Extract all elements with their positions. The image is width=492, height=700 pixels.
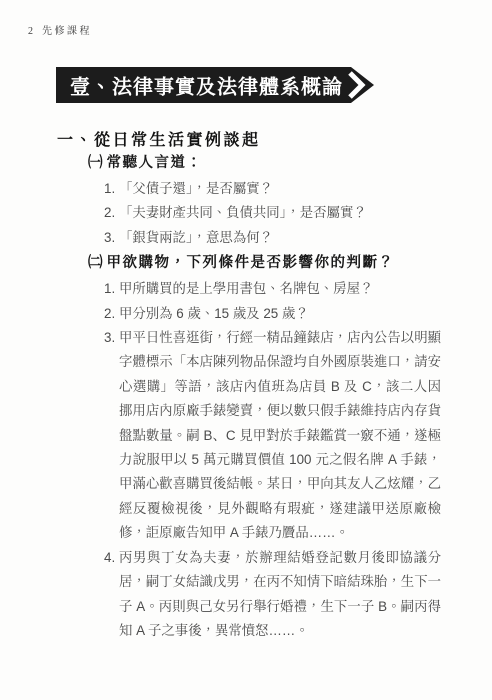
list-item: 1. 甲所購買的是上學用書包、名牌包、房屋？ <box>104 277 454 301</box>
list-item: 2. 甲分別為 6 歲、15 歲及 25 歲？ <box>104 302 454 326</box>
chapter-banner: 壹、法律事實及法律體系概論 <box>56 67 374 103</box>
item-number: 2. <box>104 201 119 225</box>
page-number: 2 <box>28 26 33 37</box>
running-header: 2 先修課程 <box>28 22 92 37</box>
section-body: ㈠ 常聽人言道： 1. 「父債子還」，是否屬實？ 2. 「夫妻財產共同、負債共同… <box>88 153 454 646</box>
item-text: 甲所購買的是上學用書包、名牌包、房屋？ <box>119 277 441 301</box>
subsection-title-text: 常聽人言道： <box>107 153 203 173</box>
item-text: 「夫妻財產共同、負債共同」，是否屬實？ <box>119 201 441 225</box>
item-text: 丙男與丁女為夫妻，於辦理結婚登記數月後即協議分居，嗣丁女結識戊男，在丙不知情下暗… <box>119 546 441 644</box>
item-number: 2. <box>104 302 119 326</box>
subsection-title: ㈡ 甲欲購物，下列條件是否影響你的判斷？ <box>88 253 454 273</box>
subsection-2: ㈡ 甲欲購物，下列條件是否影響你的判斷？ 1. 甲所購買的是上學用書包、名牌包、… <box>88 253 454 643</box>
subsection-items: 1. 「父債子還」，是否屬實？ 2. 「夫妻財產共同、負債共同」，是否屬實？ 3… <box>104 177 454 250</box>
list-item: 3. 「銀貨兩訖」，意思為何？ <box>104 226 454 250</box>
subsection-1: ㈠ 常聽人言道： 1. 「父債子還」，是否屬實？ 2. 「夫妻財產共同、負債共同… <box>88 153 454 250</box>
subsection-marker: ㈠ <box>88 153 103 173</box>
item-text: 「銀貨兩訖」，意思為何？ <box>119 226 441 250</box>
running-title: 先修課程 <box>42 22 92 37</box>
book-page: 2 先修課程 壹、法律事實及法律體系概論 一、從日常生活實例談起 ㈠ 常聽人言道… <box>0 0 492 700</box>
item-text: 「父債子還」，是否屬實？ <box>119 177 441 201</box>
chapter-title: 壹、法律事實及法律體系概論 <box>70 71 343 100</box>
item-number: 4. <box>104 546 119 570</box>
list-item: 1. 「父債子還」，是否屬實？ <box>104 177 454 201</box>
item-text: 甲分別為 6 歲、15 歲及 25 歲？ <box>119 302 441 326</box>
section-heading: 一、從日常生活實例談起 <box>57 127 261 150</box>
list-item: 4. 丙男與丁女為夫妻，於辦理結婚登記數月後即協議分居，嗣丁女結識戊男，在丙不知… <box>104 546 454 644</box>
item-number: 3. <box>104 226 119 250</box>
list-item: 3. 甲平日性喜逛街，行經一精品鐘錶店，店內公告以明顯字體標示「本店陳列物品保證… <box>104 326 454 546</box>
subsection-marker: ㈡ <box>88 253 103 273</box>
item-text: 甲平日性喜逛街，行經一精品鐘錶店，店內公告以明顯字體標示「本店陳列物品保證均自外… <box>119 326 441 546</box>
arrow-chevron-icon <box>347 67 369 103</box>
list-item: 2. 「夫妻財產共同、負債共同」，是否屬實？ <box>104 201 454 225</box>
subsection-title: ㈠ 常聽人言道： <box>88 153 454 173</box>
subsection-items: 1. 甲所購買的是上學用書包、名牌包、房屋？ 2. 甲分別為 6 歲、15 歲及… <box>104 277 454 643</box>
item-number: 3. <box>104 326 119 350</box>
item-number: 1. <box>104 277 119 301</box>
item-number: 1. <box>104 177 119 201</box>
subsection-title-text: 甲欲購物，下列條件是否影響你的判斷？ <box>107 253 395 273</box>
